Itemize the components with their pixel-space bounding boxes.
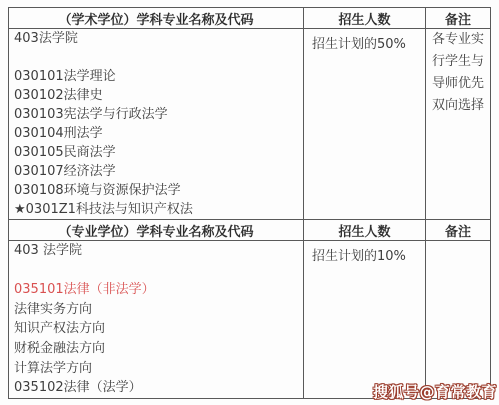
section1-enroll-header: 招生人数 <box>304 8 426 29</box>
program-item: 030105民商法学 <box>9 143 303 162</box>
section1-body-row: 403法学院 030101法学理论 030102法律史 030103宪法学与行政… <box>9 29 491 220</box>
section1-remark-cell: 各专业实 行学生与 导师优先 双向选择 <box>426 29 491 220</box>
highlighted-program: 035101法律（非法学） <box>9 280 303 300</box>
section1-name-header: （学术学位）学科专业名称及代码 <box>9 8 304 29</box>
admissions-table: （学术学位）学科专业名称及代码 招生人数 备注 403法学院 030101法学理… <box>8 7 491 399</box>
section1-enrollment-value: 招生计划的50% <box>304 29 425 52</box>
section2-enroll-header: 招生人数 <box>304 220 426 241</box>
section1-enrollment-cell: 招生计划的50% <box>304 29 426 220</box>
section2-name-header: （专业学位）学科专业名称及代码 <box>9 220 304 241</box>
section1-programs-cell: 403法学院 030101法学理论 030102法律史 030103宪法学与行政… <box>9 29 304 220</box>
section1-remark-header: 备注 <box>426 8 491 29</box>
program-item: 030103宪法学与行政法学 <box>9 105 303 124</box>
program-item: ★0301Z1科技法与知识产权法 <box>9 200 303 219</box>
section2-programs-cell: 403 法学院 035101法律（非法学） 法律实务方向 知识产权法方向 财税金… <box>9 241 304 399</box>
program-item: 035102法律（法学） <box>9 378 303 398</box>
program-item: 030101法学理论 <box>9 67 303 86</box>
remark-line: 双向选择 <box>432 95 484 117</box>
blank-line <box>9 261 303 281</box>
program-item: 030104刑法学 <box>9 124 303 143</box>
program-item: 030107经济法学 <box>9 162 303 181</box>
sohu-watermark: 搜狐号@育常教育 <box>373 381 497 402</box>
section2-remark-header: 备注 <box>426 220 491 241</box>
program-item: 030102法律史 <box>9 86 303 105</box>
remark-line: 行学生与 <box>432 51 484 73</box>
remark-line: 导师优先 <box>432 73 484 95</box>
section2-school: 403 法学院 <box>9 241 303 261</box>
program-item: 财税金融法方向 <box>9 339 303 359</box>
section2-enrollment-cell: 招生计划的10% <box>304 241 426 399</box>
program-item: 知识产权法方向 <box>9 319 303 339</box>
section2-enrollment-value: 招生计划的10% <box>304 241 425 264</box>
section2-remark-cell <box>426 241 491 399</box>
section2-body-row: 403 法学院 035101法律（非法学） 法律实务方向 知识产权法方向 财税金… <box>9 241 491 399</box>
blank-line <box>9 48 303 67</box>
program-item: 法律实务方向 <box>9 300 303 320</box>
section2-header-row: （专业学位）学科专业名称及代码 招生人数 备注 <box>9 220 491 241</box>
remark-line: 各专业实 <box>432 29 484 51</box>
program-item: 计算法学方向 <box>9 359 303 379</box>
program-item: 030108环境与资源保护法学 <box>9 181 303 200</box>
section1-school: 403法学院 <box>9 29 303 48</box>
section1-header-row: （学术学位）学科专业名称及代码 招生人数 备注 <box>9 8 491 29</box>
